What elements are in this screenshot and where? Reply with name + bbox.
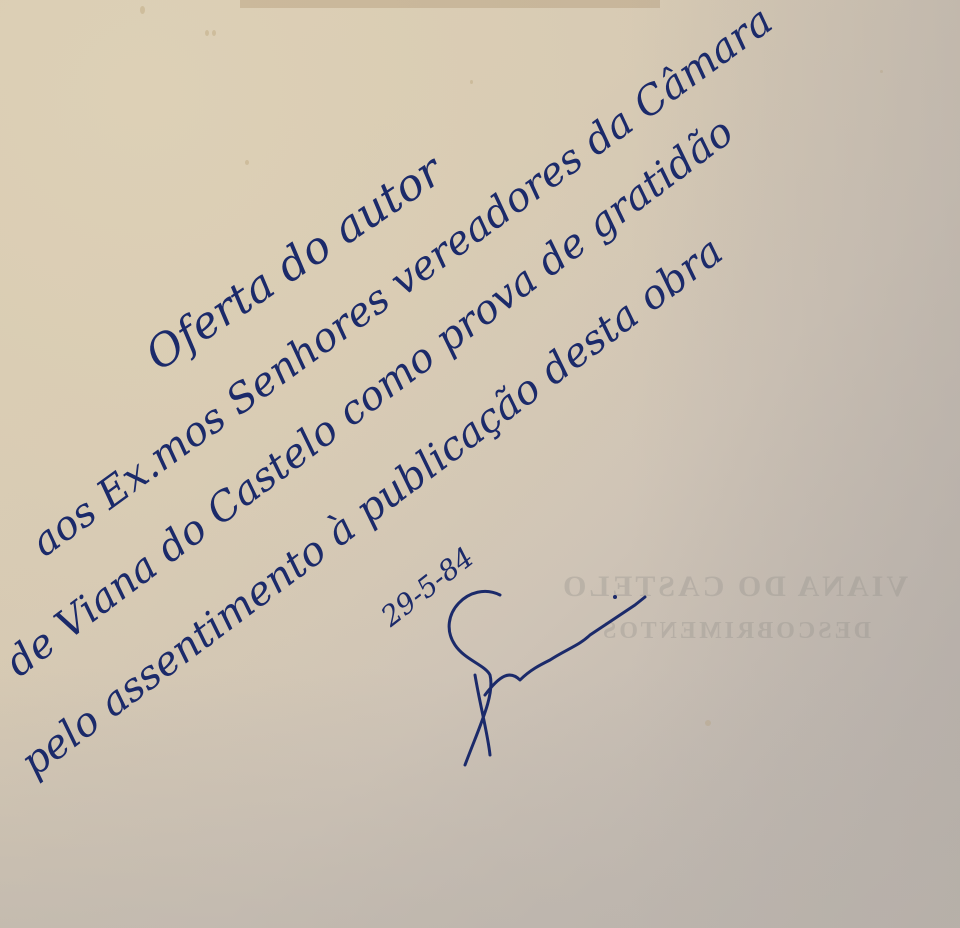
foxing-spot: [212, 30, 216, 36]
page-stain: [240, 0, 660, 8]
foxing-spot: [470, 80, 473, 84]
foxing-spot: [140, 6, 145, 14]
foxing-spot: [205, 30, 209, 36]
foxing-spot: [245, 160, 249, 165]
book-page: VIANA DO CASTELO DESCOBRIMENTOS Oferta d…: [0, 0, 960, 928]
signature-icon: [430, 575, 670, 775]
